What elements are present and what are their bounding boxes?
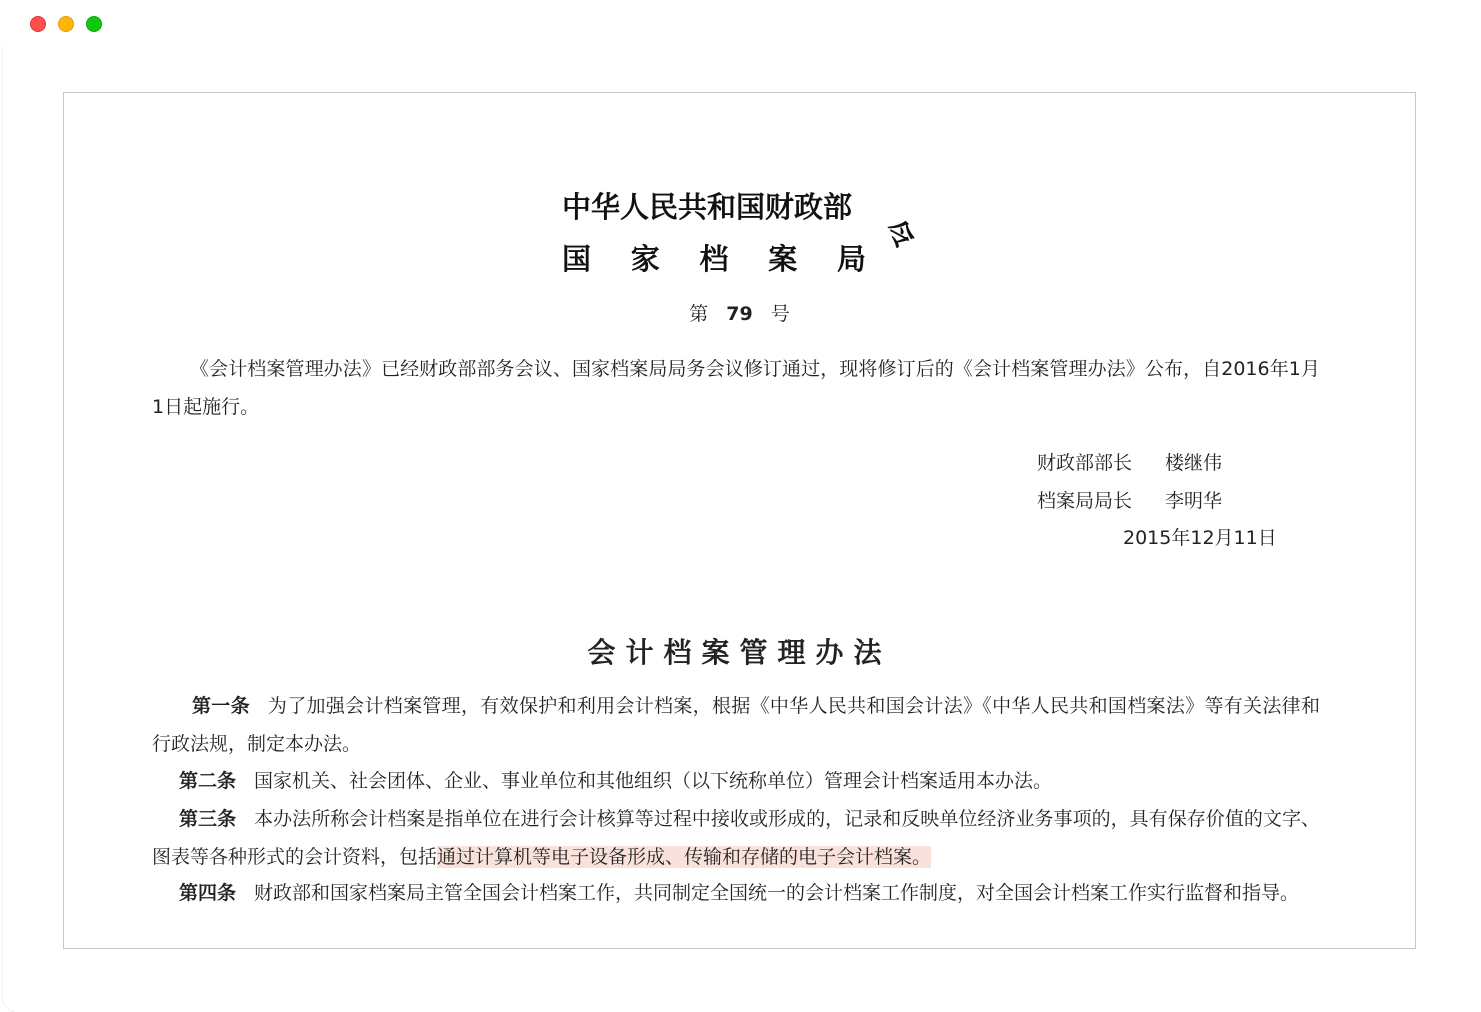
org-char: 档 (699, 237, 728, 278)
order-prefix: 第 (689, 303, 708, 325)
article-1: 第一条为了加强会计档案管理，有效保护和利用会计档案，根据《中华人民共和国会计法》… (152, 688, 1320, 763)
app-window: 中华人民共和国财政部 国 家 档 案 局 令 第79号 《会计档案管理办法》已经… (0, 0, 1481, 1012)
document-page: 中华人民共和国财政部 国 家 档 案 局 令 第79号 《会计档案管理办法》已经… (63, 92, 1416, 949)
article-label: 第二条 (179, 770, 236, 792)
article-2: 第二条国家机关、社会团体、企业、事业单位和其他组织（以下统称单位）管理会计档案适… (152, 763, 1320, 801)
org-char: 家 (631, 237, 660, 278)
intro-paragraph: 《会计档案管理办法》已经财政部部务会议、国家档案局局务会议修订通过，现将修订后的… (152, 351, 1320, 426)
issuing-org-mof: 中华人民共和国财政部 (562, 185, 852, 226)
signature-title: 档案局局长 (1037, 486, 1165, 513)
signature-name: 李明华 (1165, 490, 1222, 512)
article-4: 第四条财政部和国家档案局主管全国会计档案工作，共同制定全国统一的会计档案工作制度… (152, 875, 1320, 913)
article-text: 国家机关、社会团体、企业、事业单位和其他组织（以下统称单位）管理会计档案适用本办… (254, 770, 1052, 792)
article-label: 第一条 (192, 695, 250, 717)
order-number-value: 79 (726, 303, 752, 325)
article-label: 第三条 (179, 808, 236, 830)
signature-archives: 档案局局长李明华 (1037, 486, 1222, 513)
article-text: 为了加强会计档案管理，有效保护和利用会计档案，根据《中华人民共和国会计法》《中华… (152, 695, 1320, 755)
article-text: 财政部和国家档案局主管全国会计档案工作，共同制定全国统一的会计档案工作制度，对全… (254, 882, 1299, 904)
law-title: 会计档案管理办法 (64, 631, 1415, 671)
signature-mof: 财政部部长楼继伟 (1037, 448, 1222, 475)
order-suffix: 号 (771, 303, 790, 325)
issuing-org-archives: 国 家 档 案 局 (562, 237, 866, 278)
org-char: 国 (562, 237, 591, 278)
close-window-button[interactable] (30, 16, 46, 32)
article-label: 第四条 (179, 882, 236, 904)
org-char: 案 (768, 237, 797, 278)
order-word: 令 (878, 209, 923, 259)
signature-title: 财政部部长 (1037, 448, 1165, 475)
signature-date: 2015年12月11日 (1123, 523, 1277, 550)
highlighted-text[interactable]: 通过计算机等电子设备形成、传输和存储的电子会计档案。 (437, 846, 931, 868)
org-char: 局 (837, 237, 866, 278)
minimize-window-button[interactable] (58, 16, 74, 32)
maximize-window-button[interactable] (86, 16, 102, 32)
order-number: 第79号 (64, 299, 1415, 326)
article-3: 第三条本办法所称会计档案是指单位在进行会计核算等过程中接收或形成的，记录和反映单… (152, 801, 1320, 876)
window-controls (30, 16, 102, 32)
signature-name: 楼继伟 (1165, 452, 1222, 474)
